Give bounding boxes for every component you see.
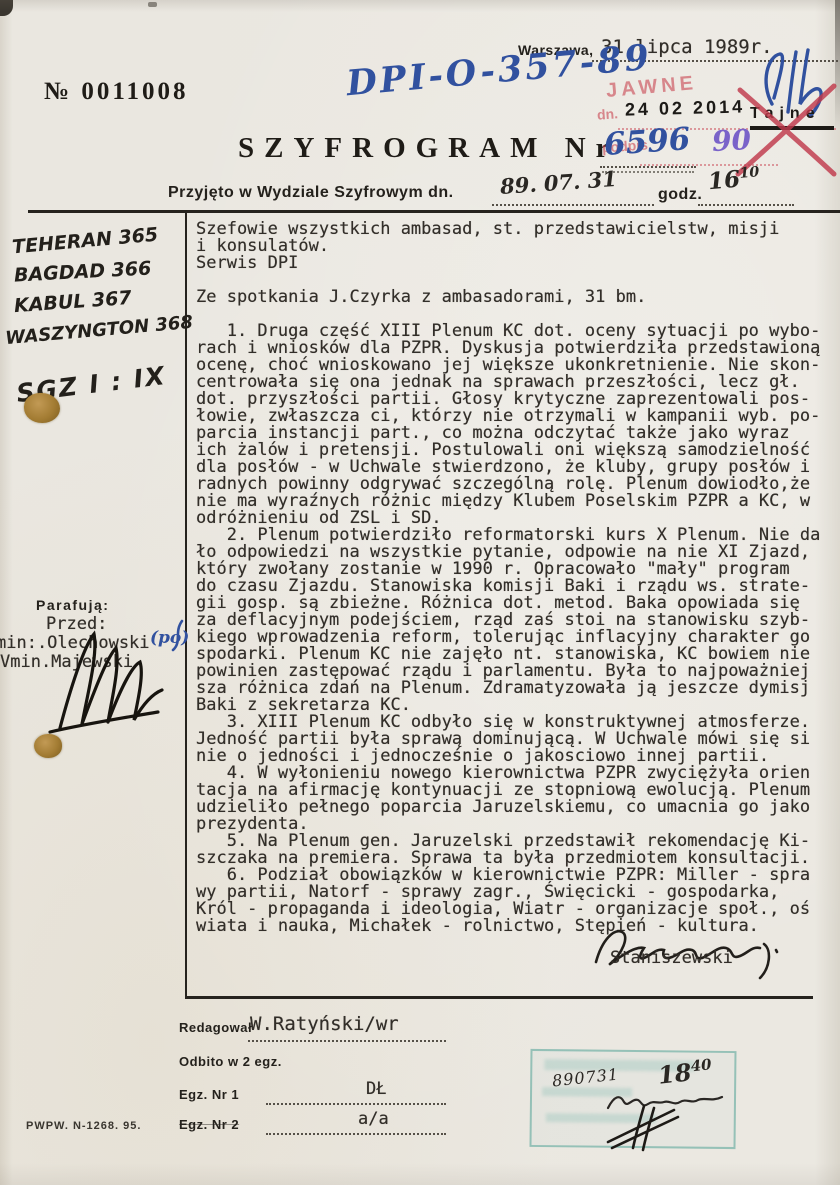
receipt-hour-value: 18 (657, 1057, 693, 1089)
margin-destination-bagdad: BAGDAD 366 (14, 257, 152, 286)
egz1-value: DŁ (366, 1079, 386, 1099)
telegram-number-red-handwritten: 90 (711, 123, 752, 158)
top-rule (28, 210, 840, 213)
signoff-name: Staniszewski (610, 948, 733, 968)
received-label: Przyjęto w Wydziale Szyfrowym dn. (168, 184, 454, 202)
body-text: Szefowie wszystkich ambasad, st. przedst… (196, 221, 840, 935)
po-note-handwritten: (po) (150, 628, 189, 648)
declass-stamp-dn-label: dn. (596, 105, 618, 122)
form-code: PWPW. N-1268. 95. (26, 1120, 141, 1132)
paraf-label: Parafują: (36, 597, 109, 613)
margin-destination-teheran: TEHERAN 365 (11, 224, 159, 259)
scan-corner-artifact (0, 0, 13, 16)
egz2-label: Egz. Nr 2 (179, 1117, 239, 1132)
body-line: Serwis DPI (196, 255, 840, 272)
received-date-dotted-line (492, 202, 654, 206)
received-hour-minutes: 10 (739, 164, 760, 182)
egz1-label: Egz. Nr 1 (179, 1087, 239, 1102)
telegram-title: SZYFROGRAM Nr (238, 132, 619, 165)
wax-seal-dot-1 (24, 393, 60, 423)
receipt-crossout-scribble (602, 1104, 684, 1152)
scan-speck (148, 2, 157, 7)
egz1-dotted-line (266, 1101, 446, 1105)
body-line: Ze spotkania J.Czyrka z ambasadorami, 31… (196, 289, 840, 306)
redagowal-value: W.Ratyński/wr (250, 1013, 399, 1035)
wax-seal-dot-2 (34, 734, 62, 758)
received-hour-handwritten: 1610 (707, 164, 761, 195)
margin-destination-waszyngton: WASZYNGTON 368 (4, 312, 193, 349)
egz2-value: a/a (358, 1109, 389, 1129)
redagowal-dotted-line (248, 1038, 446, 1042)
receipt-hour-handwritten: 1840 (657, 1055, 714, 1089)
bottom-rule (185, 996, 813, 999)
received-hour-dotted-line (698, 202, 794, 206)
egz2-dotted-line (266, 1131, 446, 1135)
received-hour-value: 16 (707, 166, 741, 196)
declass-stamp-date: 24 02 2014 (625, 96, 746, 120)
telegram-number-handwritten: 6596 (603, 121, 692, 163)
document-number: № 0011008 (44, 78, 189, 106)
redagowal-label: Redagował (179, 1020, 252, 1035)
scanned-document-page: Warszawa, 31 lipca 1989r. № 0011008 DPI-… (0, 0, 840, 1185)
margin-destination-kabul: KABUL 367 (13, 287, 132, 317)
odbito-label: Odbito w 2 egz. (179, 1054, 282, 1069)
received-date-handwritten: 89. 07. 31 (499, 166, 617, 199)
hour-label: godz. (658, 186, 702, 204)
receipt-hour-minutes: 40 (690, 1055, 712, 1075)
